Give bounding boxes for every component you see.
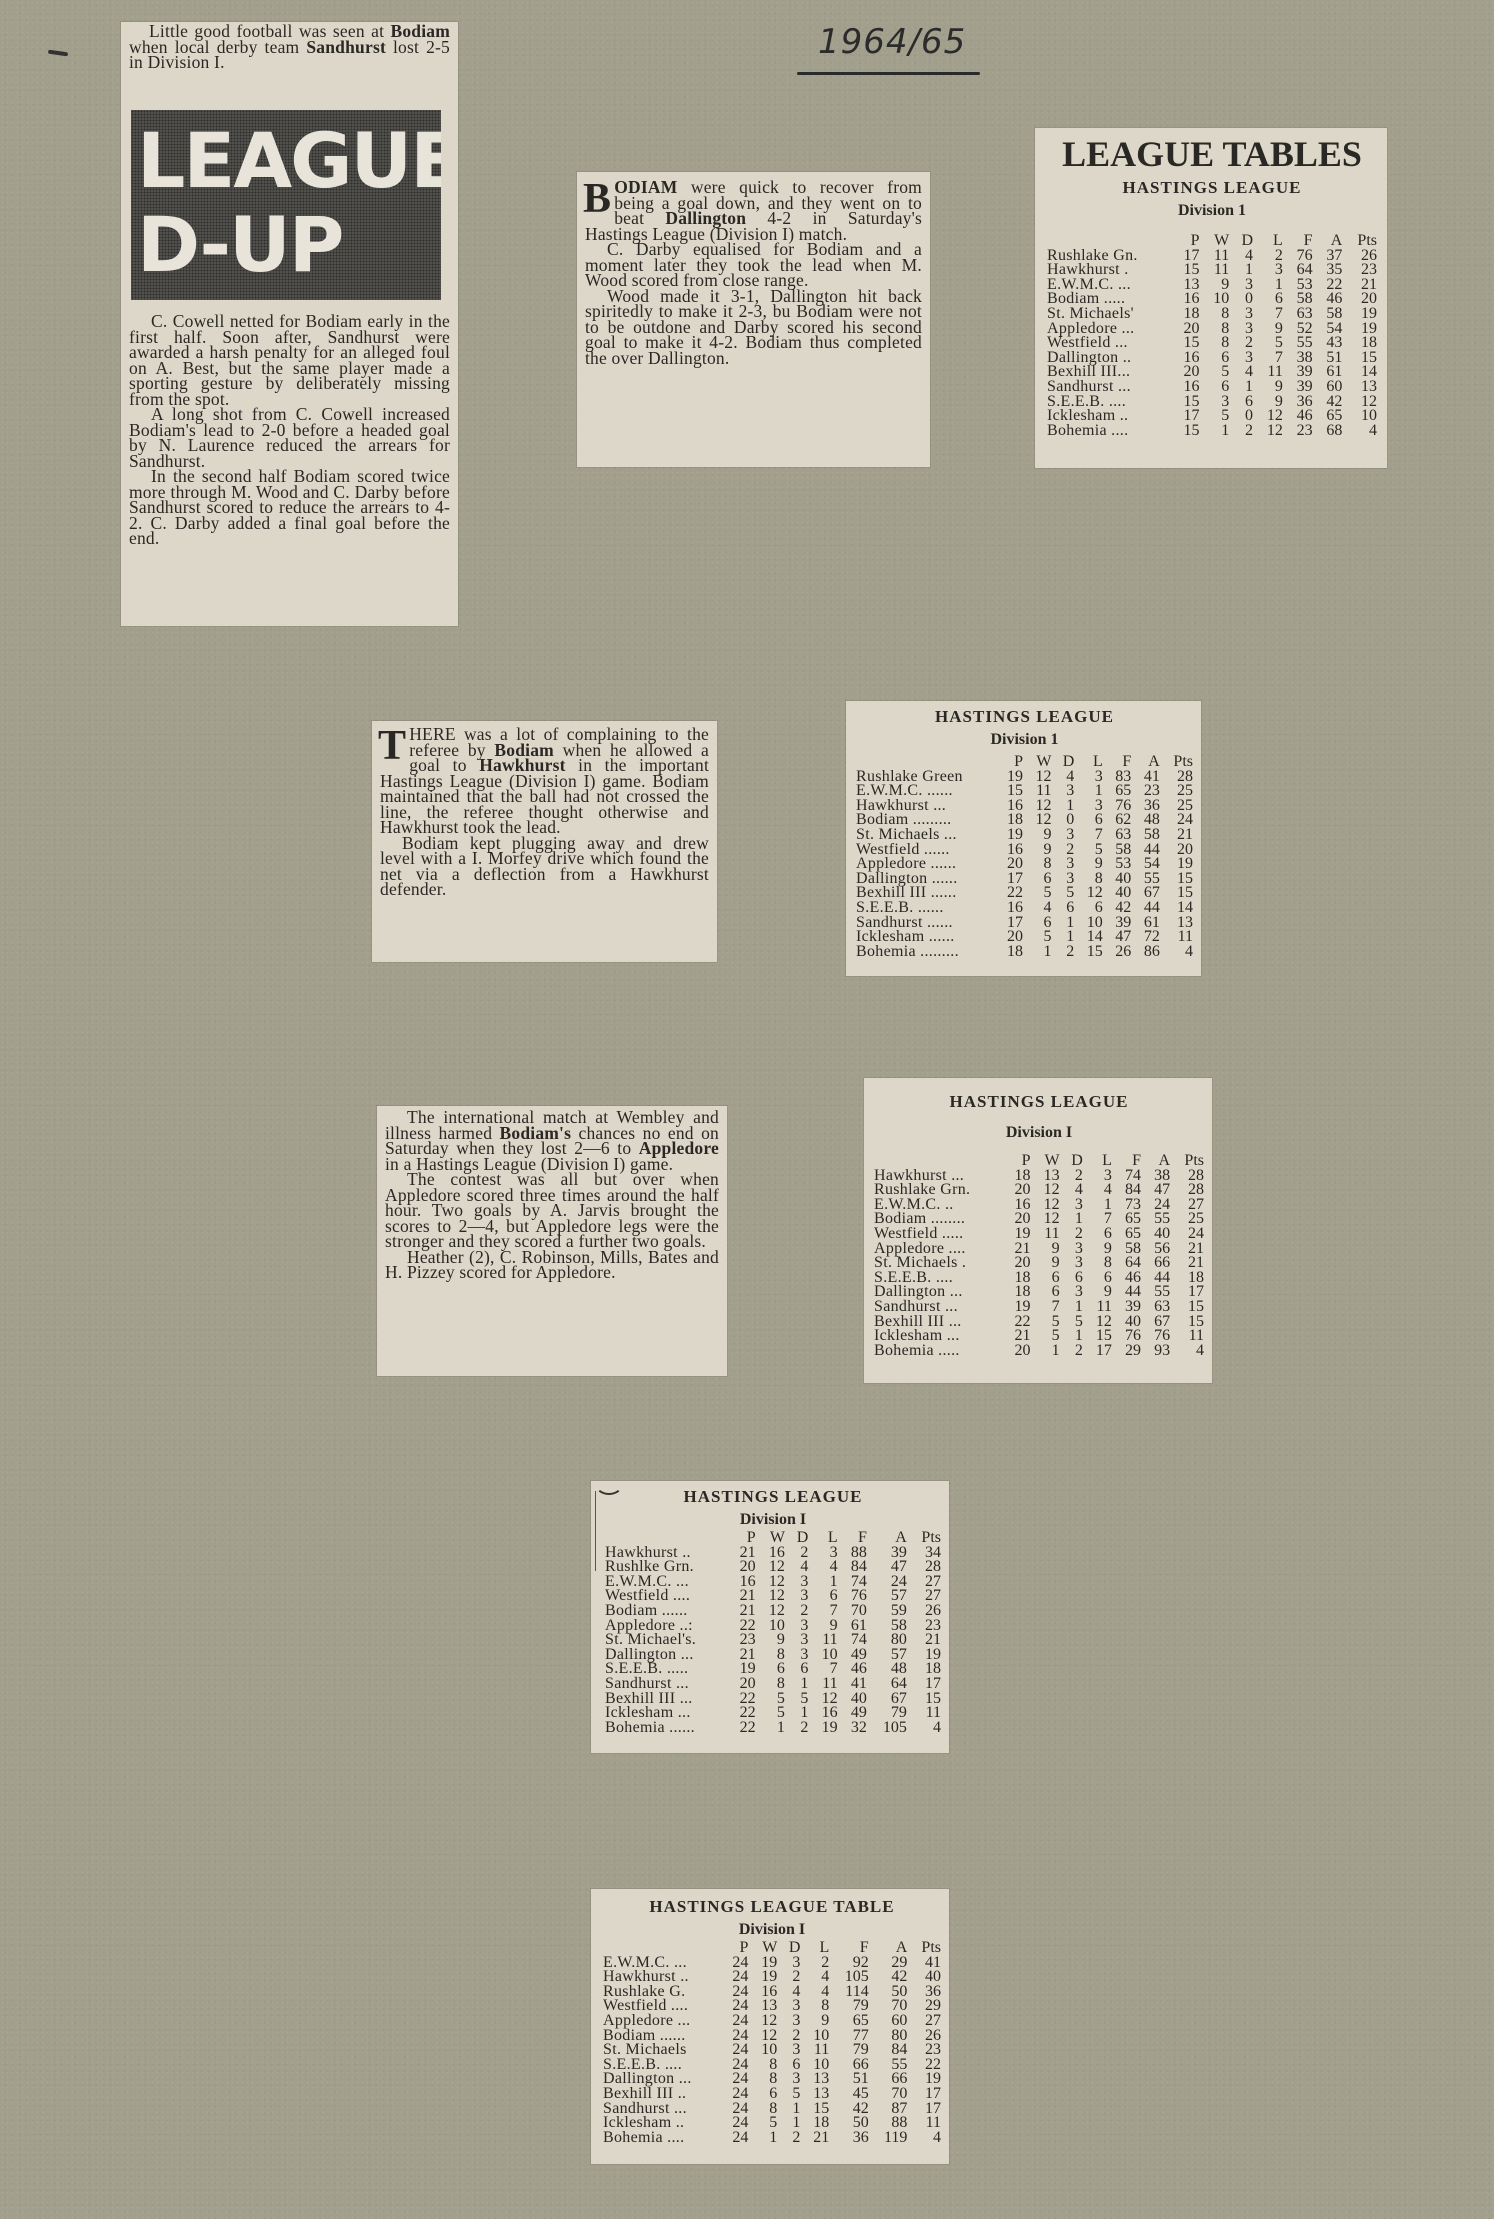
stat-cell: 4 [1170, 1344, 1204, 1359]
stat-cell: 17 [1083, 1344, 1112, 1359]
stat-cell: 26 [1103, 945, 1132, 960]
article2-paragraph: C. Darby equalised for Bodiam and a mome… [585, 242, 922, 289]
stat-cell: 21 [800, 2131, 829, 2146]
standings-table: PWDLFAPts Hawkhurst ...181323743828Rushl… [874, 1154, 1204, 1358]
table-title: HASTINGS LEAGUE [874, 1092, 1204, 1112]
table-title: HASTINGS LEAGUE [856, 707, 1193, 727]
stat-cell: 2 [1052, 945, 1075, 960]
stat-cell: 1 [748, 2131, 777, 2146]
article4-lead: The international match at Wembley and i… [385, 1110, 719, 1172]
league-table-4: HASTINGS LEAGUE Division I PWDLFAPts Haw… [591, 1481, 949, 1753]
stat-cell: 1 [1023, 945, 1052, 960]
league-table-3: HASTINGS LEAGUE Division I PWDLFAPts Haw… [864, 1078, 1212, 1383]
article2-dropcap: B [583, 182, 611, 216]
table-title: HASTINGS LEAGUE [1047, 178, 1377, 198]
stat-cell: 19 [808, 1721, 837, 1736]
table-row: Bohemia ....241221361194 [603, 2131, 941, 2146]
stat-cell: 15 [1074, 945, 1103, 960]
standings-table: PWDLFAPts Hawkhurst ..211623883934Rushlk… [605, 1531, 941, 1735]
stat-cell: 24 [719, 2131, 748, 2146]
table-row: Bohemia ....15121223684 [1047, 424, 1377, 439]
stat-cell: 32 [838, 1721, 867, 1736]
league-table-5: HASTINGS LEAGUE TABLE Division I PWDLFAP… [591, 1889, 949, 2164]
stat-cell: 18 [994, 945, 1023, 960]
article3-paragraph: Bodiam kept plugging away and drew level… [380, 836, 709, 898]
stat-cell: 12 [1253, 424, 1283, 439]
stat-cell: 4 [907, 1721, 941, 1736]
stat-cell: 68 [1313, 424, 1343, 439]
team-name: Bohemia ..... [874, 1344, 1001, 1359]
league-tables-heading: LEAGUE TABLES [1047, 134, 1377, 174]
league-table-1: LEAGUE TABLES HASTINGS LEAGUE Division 1… [1035, 128, 1387, 468]
team-name: Bohemia .... [603, 2131, 719, 2146]
article3-lead: THERE was a lot of complaining to the re… [380, 727, 709, 836]
table-division: Division 1 [856, 731, 1193, 749]
table-row: Bohemia .....20121729934 [874, 1344, 1204, 1359]
table-title: HASTINGS LEAGUE [605, 1487, 941, 1507]
stat-cell: 23 [1283, 424, 1313, 439]
banner-line-1: LEAGUE [137, 116, 441, 205]
stat-cell: 20 [1001, 1344, 1030, 1359]
stat-cell: 36 [829, 2131, 868, 2146]
column-rule [595, 1491, 596, 1571]
clipping-sandhurst-match-report: Little good football was seen at Bodiam … [121, 22, 458, 626]
stat-cell: 4 [907, 2131, 941, 2146]
table-division: Division 1 [1047, 202, 1377, 220]
standings-table: PWDLFAPts Rushlake Gn.171142763726Hawkhu… [1047, 234, 1377, 438]
stat-cell: 2 [1060, 1344, 1083, 1359]
stat-cell: 2 [1229, 424, 1253, 439]
stat-cell: 119 [869, 2131, 908, 2146]
article2-lead: BODIAM were quick to recover from being … [585, 180, 922, 242]
clipping-appledore-match-report: The international match at Wembley and i… [377, 1106, 727, 1376]
stat-cell: 1 [1200, 424, 1230, 439]
table-title: HASTINGS LEAGUE TABLE [603, 1897, 941, 1917]
article1-paragraph: A long shot from C. Cowell increased Bod… [129, 407, 450, 469]
article1-paragraph: C. Cowell netted for Bodiam early in the… [129, 314, 450, 407]
team-name: Bohemia ......... [856, 945, 994, 960]
article4-paragraph: The contest was all but over when Appled… [385, 1172, 719, 1250]
article3-dropcap: T [378, 729, 406, 763]
clipping-dallington-match-report: BODIAM were quick to recover from being … [577, 172, 930, 467]
team-name: Bohemia ...... [605, 1721, 726, 1736]
stat-cell: 93 [1141, 1344, 1170, 1359]
league-roundup-banner: LEAGUE D-UP [131, 110, 441, 300]
team-name: Bohemia .... [1047, 424, 1170, 439]
handwritten-season-title: 1964/65 [818, 22, 966, 62]
stat-cell: 1 [1031, 1344, 1060, 1359]
table-row: Bohemia .........18121526864 [856, 945, 1193, 960]
handwritten-underline [797, 72, 980, 75]
table-division: Division I [605, 1511, 941, 1529]
pen-mark [48, 50, 68, 57]
stat-cell: 2 [777, 2131, 800, 2146]
article2-paragraph: Wood made it 3-1, Dallington hit back sp… [585, 289, 922, 367]
stat-cell: 105 [867, 1721, 907, 1736]
stat-cell: 4 [1160, 945, 1193, 960]
pen-circle-mark [595, 1473, 623, 1495]
stat-cell: 4 [1342, 424, 1377, 439]
article4-paragraph: Heather (2), C. Robinson, Mills, Bates a… [385, 1250, 719, 1281]
clipping-hawkhurst-match-report: THERE was a lot of complaining to the re… [372, 721, 717, 962]
table-division: Division I [603, 1921, 941, 1939]
stat-cell: 29 [1112, 1344, 1141, 1359]
league-table-2: HASTINGS LEAGUE Division 1 PWDLFAPts Rus… [846, 701, 1201, 976]
table-division: Division I [874, 1124, 1204, 1142]
table-row: Bohemia ......221219321054 [605, 1721, 941, 1736]
stat-cell: 86 [1131, 945, 1160, 960]
article1-paragraph: In the second half Bodiam scored twice m… [129, 469, 450, 547]
standings-table: PWDLFAPts E.W.M.C. ...241932922941Hawkhu… [603, 1941, 941, 2145]
stat-cell: 2 [785, 1721, 808, 1736]
stat-cell: 1 [756, 1721, 785, 1736]
article1-intro: Little good football was seen at Bodiam … [129, 24, 450, 71]
stat-cell: 22 [726, 1721, 755, 1736]
stat-cell: 15 [1170, 424, 1200, 439]
standings-table: PWDLFAPts Rushlake Green191243834128E.W.… [856, 755, 1193, 959]
banner-line-2: D-UP [137, 200, 342, 289]
